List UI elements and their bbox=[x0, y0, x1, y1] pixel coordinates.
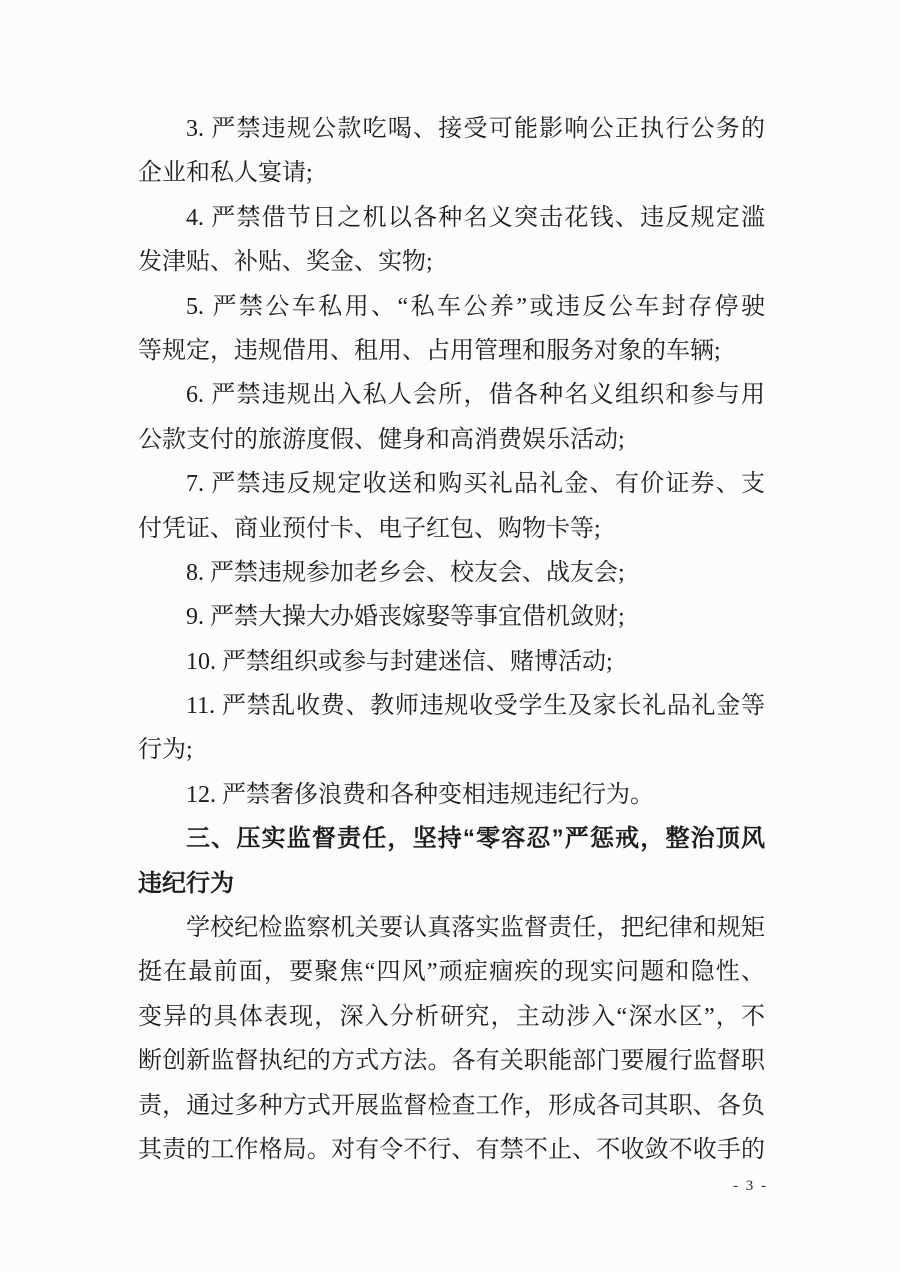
text-line: 11. 严禁乱收费、教师违规收受学生及家长礼品礼金等 bbox=[138, 684, 765, 728]
text-line: 学校纪检监察机关要认真落实监督责任，把纪律和规矩 bbox=[138, 906, 765, 950]
text-line: 发津贴、补贴、奖金、实物; bbox=[138, 240, 765, 284]
text-line: 企业和私人宴请; bbox=[138, 151, 765, 195]
text-line: 其责的工作格局。对有令不行、有禁不止、不收敛不收手的 bbox=[138, 1128, 765, 1172]
section-heading-line: 违纪行为 bbox=[138, 862, 765, 906]
text-line: 8. 严禁违规参加老乡会、校友会、战友会; bbox=[138, 551, 765, 595]
text-block: 3. 严禁违规公款吃喝、接受可能影响公正执行公务的企业和私人宴请;4. 严禁借节… bbox=[138, 107, 765, 1172]
text-line: 付凭证、商业预付卡、电子红包、购物卡等; bbox=[138, 507, 765, 551]
text-line: 责，通过多种方式开展监督检查工作，形成各司其职、各负 bbox=[138, 1084, 765, 1128]
text-line: 7. 严禁违反规定收送和购买礼品礼金、有价证券、支 bbox=[138, 462, 765, 506]
text-line: 挺在最前面，要聚焦“四风”顽症痼疾的现实问题和隐性、 bbox=[138, 950, 765, 994]
section-heading-line: 三、压实监督责任，坚持“零容忍”严惩戒，整治顶风 bbox=[138, 817, 765, 861]
text-line: 6. 严禁违规出入私人会所，借各种名义组织和参与用 bbox=[138, 373, 765, 417]
text-line: 10. 严禁组织或参与封建迷信、赌博活动; bbox=[138, 640, 765, 684]
document-page: 3. 严禁违规公款吃喝、接受可能影响公正执行公务的企业和私人宴请;4. 严禁借节… bbox=[0, 0, 900, 1272]
text-line: 3. 严禁违规公款吃喝、接受可能影响公正执行公务的 bbox=[138, 107, 765, 151]
text-line: 5. 严禁公车私用、“私车公养”或违反公车封存停驶 bbox=[138, 285, 765, 329]
text-line: 4. 严禁借节日之机以各种名义突击花钱、违反规定滥 bbox=[138, 196, 765, 240]
text-line: 9. 严禁大操大办婚丧嫁娶等事宜借机敛财; bbox=[138, 595, 765, 639]
text-line: 行为; bbox=[138, 728, 765, 772]
page-number: - 3 - bbox=[733, 1176, 768, 1196]
text-line: 变异的具体表现，深入分析研究，主动涉入“深水区”，不 bbox=[138, 995, 765, 1039]
text-line: 12. 严禁奢侈浪费和各种变相违规违纪行为。 bbox=[138, 773, 765, 817]
text-line: 断创新监督执纪的方式方法。各有关职能部门要履行监督职 bbox=[138, 1039, 765, 1083]
text-line: 等规定，违规借用、租用、占用管理和服务对象的车辆; bbox=[138, 329, 765, 373]
text-line: 公款支付的旅游度假、健身和高消费娱乐活动; bbox=[138, 418, 765, 462]
